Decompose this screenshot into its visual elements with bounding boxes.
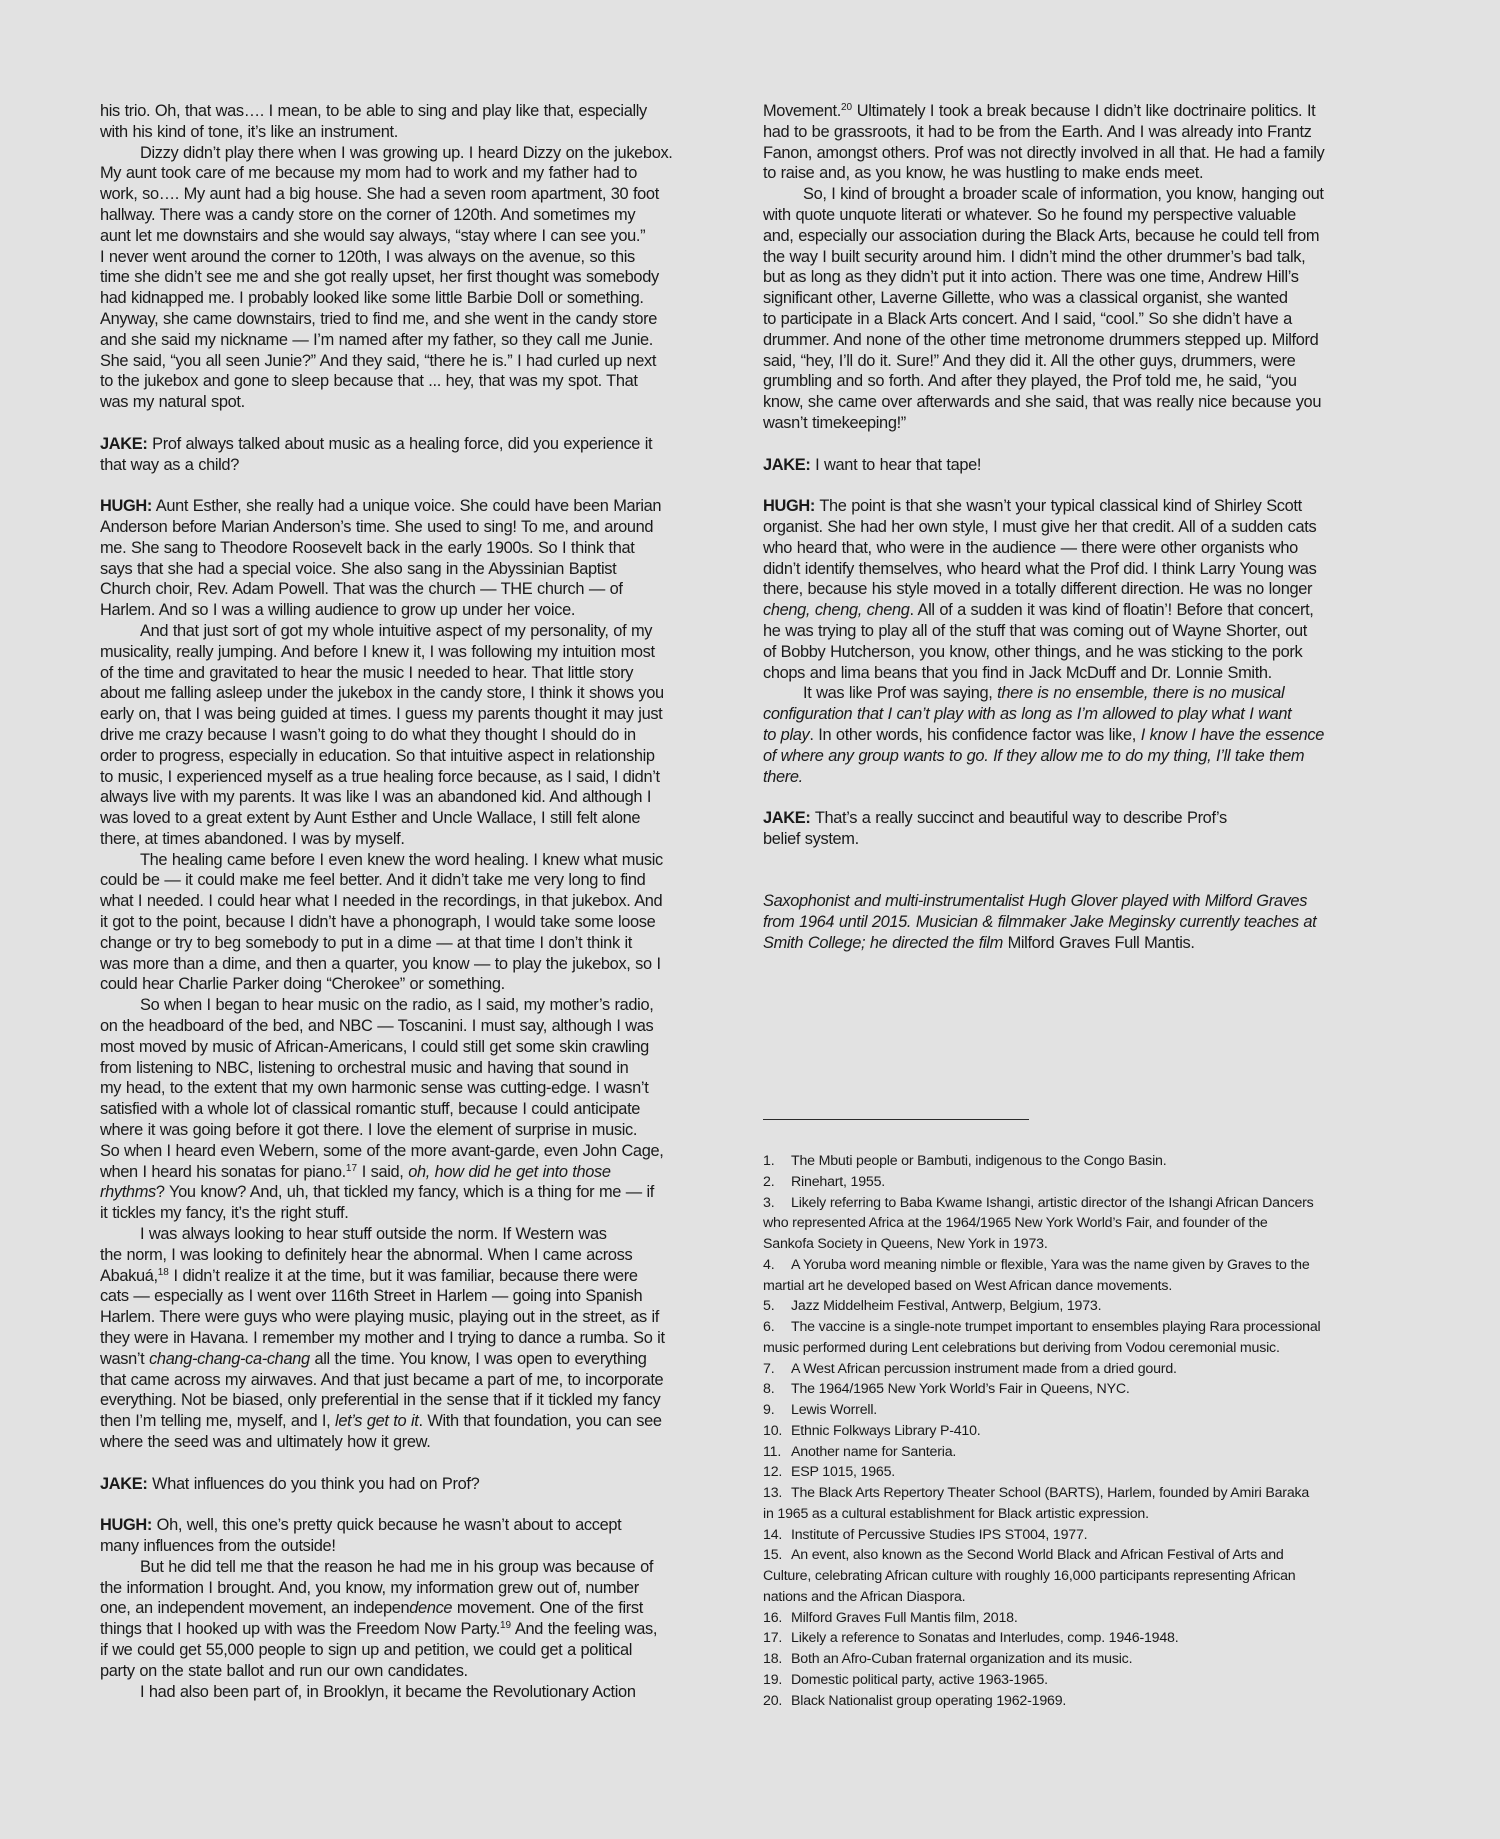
footnote-line: 11.Another name for Santeria.: [763, 1442, 1391, 1463]
text-line: So when I began to hear music on the rad…: [100, 995, 722, 1016]
speaker-label: HUGH:: [763, 497, 815, 515]
text-line: significant other, Laverne Gillette, who…: [763, 288, 1391, 309]
text-line: there, at times abandoned. I was by myse…: [100, 829, 722, 850]
text-line: Anderson before Marian Anderson’s time. …: [100, 517, 722, 538]
text-line: order to progress, especially in educati…: [100, 746, 722, 767]
text-line: work, so…. My aunt had a big house. She …: [100, 184, 722, 205]
text-line: aunt let me downstairs and she would say…: [100, 226, 722, 247]
speech-block: HUGH: Oh, well, this one’s pretty quick …: [100, 1515, 722, 1557]
text-line: to music, I experienced myself as a true…: [100, 767, 722, 788]
footnote-number: 19.: [763, 1670, 791, 1691]
footnote-line: martial art he developed based on West A…: [763, 1276, 1391, 1297]
paragraph-gap: [100, 1494, 722, 1515]
footnote-line: 13.The Black Arts Repertory Theater Scho…: [763, 1483, 1391, 1504]
right-column: Movement.20 Ultimately I took a break be…: [763, 101, 1391, 954]
text-line: Saxophonist and multi-instrumentalist Hu…: [763, 891, 1391, 912]
paragraph-gap: [100, 413, 722, 434]
text-line: from 1964 until 2015. Musician & filmmak…: [763, 912, 1391, 933]
footnote-item: 10.Ethnic Folkways Library P-410.: [763, 1421, 1391, 1442]
footnote-text: A West African percussion instrument mad…: [791, 1361, 1177, 1377]
text-line: musicality, really jumping. And before I…: [100, 642, 722, 663]
footnote-line: 6.The vaccine is a single-note trumpet i…: [763, 1317, 1391, 1338]
footnote-text: Lewis Worrell.: [791, 1402, 877, 1418]
text-line: Smith College; he directed the film Milf…: [763, 933, 1391, 954]
footnote-line: 16.Milford Graves Full Mantis film, 2018…: [763, 1608, 1391, 1629]
footnote-item: 9.Lewis Worrell.: [763, 1400, 1391, 1421]
footnote-text: Domestic political party, active 1963-19…: [791, 1672, 1048, 1688]
text-line: configuration that I can’t play with as …: [763, 704, 1391, 725]
footnote-line: 17.Likely a reference to Sonatas and Int…: [763, 1628, 1391, 1649]
paragraph: And that just sort of got my whole intui…: [100, 621, 722, 850]
footnote-line: 5.Jazz Middelheim Festival, Antwerp, Bel…: [763, 1296, 1391, 1317]
footnote-ref: 17: [346, 1163, 357, 1174]
footnote-line: 15.An event, also known as the Second Wo…: [763, 1545, 1391, 1566]
text-line: wasn’t chang-chang-ca-chang all the time…: [100, 1349, 722, 1370]
footnote-number: 4.: [763, 1255, 791, 1276]
speaker-label: HUGH:: [100, 1516, 152, 1534]
footnote-item: 2.Rinehart, 1955.: [763, 1172, 1391, 1193]
footnote-number: 7.: [763, 1359, 791, 1380]
text-line: could be — it could make me feel better.…: [100, 870, 722, 891]
text-line: that came across my airwaves. And that j…: [100, 1370, 722, 1391]
speech-block: JAKE: What influences do you think you h…: [100, 1474, 722, 1495]
text-line: but as long as they didn’t put it into a…: [763, 267, 1391, 288]
text-line: HUGH: Aunt Esther, she really had a uniq…: [100, 496, 722, 517]
paragraph-gap: [763, 870, 1391, 891]
text-line: JAKE: I want to hear that tape!: [763, 455, 1391, 476]
footnote-ref: 20: [841, 102, 852, 113]
text-line: then I’m telling me, myself, and I, let’…: [100, 1411, 722, 1432]
text-line: of Bobby Hutcherson, you know, other thi…: [763, 642, 1391, 663]
speech-block: JAKE: Prof always talked about music as …: [100, 434, 722, 476]
footnote-number: 10.: [763, 1421, 791, 1442]
footnote-number: 14.: [763, 1525, 791, 1546]
footnote-number: 15.: [763, 1545, 791, 1566]
speech-block: HUGH: Aunt Esther, she really had a uniq…: [100, 496, 722, 621]
text-line: about me falling asleep under the jukebo…: [100, 683, 722, 704]
text-line: I had also been part of, in Brooklyn, it…: [100, 1682, 722, 1703]
footnote-item: 14.Institute of Percussive Studies IPS S…: [763, 1525, 1391, 1546]
text-line: Abakuá,18 I didn’t realize it at the tim…: [100, 1266, 722, 1287]
text-line: with his kind of tone, it’s like an inst…: [100, 122, 722, 143]
paragraph: But he did tell me that the reason he ha…: [100, 1557, 722, 1682]
text-line: hallway. There was a candy store on the …: [100, 205, 722, 226]
footnote-text: Rinehart, 1955.: [791, 1174, 885, 1190]
text-line: know, she came over afterwards and she s…: [763, 392, 1391, 413]
footnote-number: 13.: [763, 1483, 791, 1504]
text-line: And that just sort of got my whole intui…: [100, 621, 722, 642]
footnote-text: The 1964/1965 New York World’s Fair in Q…: [791, 1381, 1130, 1397]
footnote-item: 7.A West African percussion instrument m…: [763, 1359, 1391, 1380]
paragraph: So, I kind of brought a broader scale of…: [763, 184, 1391, 434]
footnote-text: Likely referring to Baba Kwame Ishangi, …: [791, 1195, 1314, 1211]
text-line: Movement.20 Ultimately I took a break be…: [763, 101, 1391, 122]
text-line: always live with my parents. It was like…: [100, 787, 722, 808]
text-line: most moved by music of African-Americans…: [100, 1037, 722, 1058]
text-line: that way as a child?: [100, 455, 722, 476]
footnote-item: 1.The Mbuti people or Bambuti, indigenou…: [763, 1151, 1391, 1172]
footnote-number: 20.: [763, 1691, 791, 1712]
paragraph: I was always looking to hear stuff outsi…: [100, 1224, 722, 1453]
footnote-item: 16.Milford Graves Full Mantis film, 2018…: [763, 1608, 1391, 1629]
footnote-number: 3.: [763, 1193, 791, 1214]
footnote-text: Culture, celebrating African culture wit…: [763, 1568, 1295, 1584]
text-line: drummer. And none of the other time metr…: [763, 330, 1391, 351]
text-line: he was trying to play all of the stuff t…: [763, 621, 1391, 642]
text-line: of the time and gravitated to hear the m…: [100, 663, 722, 684]
paragraph: It was like Prof was saying, there is no…: [763, 683, 1391, 787]
footnote-number: 11.: [763, 1442, 791, 1463]
paragraph-gap: [763, 434, 1391, 455]
paragraph-gap: [100, 475, 722, 496]
footnote-item: 18.Both an Afro-Cuban fraternal organiza…: [763, 1649, 1391, 1670]
paragraph: So when I began to hear music on the rad…: [100, 995, 722, 1224]
footnote-item: 11.Another name for Santeria.: [763, 1442, 1391, 1463]
text-line: many influences from the outside!: [100, 1536, 722, 1557]
speech-block: JAKE: That’s a really succinct and beaut…: [763, 808, 1391, 850]
speaker-label: JAKE:: [763, 456, 810, 474]
text-line: Anyway, she came downstairs, tried to fi…: [100, 309, 722, 330]
footnote-item: 4.A Yoruba word meaning nimble or flexib…: [763, 1255, 1391, 1297]
text-line: with quote unquote literati or whatever.…: [763, 205, 1391, 226]
text-line: change or try to beg somebody to put in …: [100, 933, 722, 954]
left-column: his trio. Oh, that was…. I mean, to be a…: [100, 101, 722, 1702]
footnote-line: 9.Lewis Worrell.: [763, 1400, 1391, 1421]
text-line: chops and lima beans that you find in Ja…: [763, 663, 1391, 684]
text-line: grumbling and so forth. And after they p…: [763, 371, 1391, 392]
footnote-line: 18.Both an Afro-Cuban fraternal organiza…: [763, 1649, 1391, 1670]
text-line: and, especially our association during t…: [763, 226, 1391, 247]
text-line: it tickles my fancy, it’s the right stuf…: [100, 1203, 722, 1224]
text-line: JAKE: Prof always talked about music as …: [100, 434, 722, 455]
text-line: there, because his style moved in a tota…: [763, 579, 1391, 600]
text-line: said, “hey, I’ll do it. Sure!” And they …: [763, 351, 1391, 372]
paragraph-gap: [763, 787, 1391, 808]
text-line: cats — especially as I went over 116th S…: [100, 1286, 722, 1307]
text-line: where the seed was and ultimately how it…: [100, 1432, 722, 1453]
text-line: early on, that I was being guided at tim…: [100, 704, 722, 725]
text-line: of where any group wants to go. If they …: [763, 746, 1391, 767]
text-line: says that she had a special voice. She a…: [100, 559, 722, 580]
text-line: wasn’t timekeeping!”: [763, 413, 1391, 434]
footnote-line: in 1965 as a cultural establishment for …: [763, 1504, 1391, 1525]
footnote-line: 7.A West African percussion instrument m…: [763, 1359, 1391, 1380]
text-line: was my natural spot.: [100, 392, 722, 413]
footnote-line: Sankofa Society in Queens, New York in 1…: [763, 1234, 1391, 1255]
text-line: HUGH: Oh, well, this one’s pretty quick …: [100, 1515, 722, 1536]
text-line: I never went around the corner to 120th,…: [100, 247, 722, 268]
footnote-text: The vaccine is a single-note trumpet imp…: [791, 1319, 1321, 1335]
footnote-item: 17.Likely a reference to Sonatas and Int…: [763, 1628, 1391, 1649]
paragraph: his trio. Oh, that was…. I mean, to be a…: [100, 101, 722, 143]
footnote-number: 18.: [763, 1649, 791, 1670]
text-line: So, I kind of brought a broader scale of…: [763, 184, 1391, 205]
speech-block: HUGH: The point is that she wasn’t your …: [763, 496, 1391, 683]
text-line: and she said my nickname — I’m named aft…: [100, 330, 722, 351]
text-line: everything. Not be biased, only preferen…: [100, 1390, 722, 1411]
text-line: on the headboard of the bed, and NBC — T…: [100, 1016, 722, 1037]
footnote-line: music performed during Lent celebrations…: [763, 1338, 1391, 1359]
footnote-text: An event, also known as the Second World…: [791, 1547, 1284, 1563]
footnote-line: 20.Black Nationalist group operating 196…: [763, 1691, 1391, 1712]
text-line: to participate in a Black Arts concert. …: [763, 309, 1391, 330]
text-line: party on the state ballot and run our ow…: [100, 1661, 722, 1682]
text-line: Dizzy didn’t play there when I was growi…: [100, 143, 722, 164]
footnote-number: 1.: [763, 1151, 791, 1172]
paragraph-gap: [763, 475, 1391, 496]
footnote-number: 6.: [763, 1317, 791, 1338]
paragraph: Dizzy didn’t play there when I was growi…: [100, 143, 722, 413]
footnote-text: Likely a reference to Sonatas and Interl…: [791, 1630, 1178, 1646]
text-line: The healing came before I even knew the …: [100, 850, 722, 871]
text-line: could hear Charlie Parker doing “Cheroke…: [100, 974, 722, 995]
text-line: HUGH: The point is that she wasn’t your …: [763, 496, 1391, 517]
text-line: rhythms? You know? And, uh, that tickled…: [100, 1182, 722, 1203]
footnote-item: 12.ESP 1015, 1965.: [763, 1462, 1391, 1483]
speaker-label: JAKE:: [763, 809, 810, 827]
footnote-text: Milford Graves Full Mantis film, 2018.: [791, 1610, 1018, 1626]
footnote-number: 9.: [763, 1400, 791, 1421]
footnote-line: nations and the African Diaspora.: [763, 1587, 1391, 1608]
footnote-divider: [763, 1119, 1029, 1120]
footnote-text: ESP 1015, 1965.: [791, 1464, 895, 1480]
footnote-ref: 19: [500, 1620, 511, 1631]
footnote-line: 8.The 1964/1965 New York World’s Fair in…: [763, 1379, 1391, 1400]
footnote-number: 2.: [763, 1172, 791, 1193]
footnote-ref: 18: [158, 1267, 169, 1278]
text-line: Church choir, Rev. Adam Powell. That was…: [100, 579, 722, 600]
text-line: who heard that, who were in the audience…: [763, 538, 1391, 559]
text-line: belief system.: [763, 829, 1391, 850]
footnote-line: 1.The Mbuti people or Bambuti, indigenou…: [763, 1151, 1391, 1172]
text-line: My aunt took care of me because my mom h…: [100, 163, 722, 184]
footnote-line: 2.Rinehart, 1955.: [763, 1172, 1391, 1193]
text-line: Harlem. And so I was a willing audience …: [100, 600, 722, 621]
text-line: things that I hooked up with was the Fre…: [100, 1619, 722, 1640]
text-line: organist. She had her own style, I must …: [763, 517, 1391, 538]
footnote-item: 6.The vaccine is a single-note trumpet i…: [763, 1317, 1391, 1359]
footnote-number: 5.: [763, 1296, 791, 1317]
text-line: where it was going before it got there. …: [100, 1120, 722, 1141]
footnote-text: A Yoruba word meaning nimble or flexible…: [791, 1257, 1310, 1273]
text-line: Harlem. There were guys who were playing…: [100, 1307, 722, 1328]
text-line: satisfied with a whole lot of classical …: [100, 1099, 722, 1120]
footnote-text: The Mbuti people or Bambuti, indigenous …: [791, 1153, 1166, 1169]
paragraph: Movement.20 Ultimately I took a break be…: [763, 101, 1391, 184]
text-line: had to be grassroots, it had to be from …: [763, 122, 1391, 143]
text-line: if we could get 55,000 people to sign up…: [100, 1640, 722, 1661]
author-bio: Saxophonist and multi-instrumentalist Hu…: [763, 891, 1391, 953]
footnote-text: Jazz Middelheim Festival, Antwerp, Belgi…: [791, 1298, 1101, 1314]
text-line: from listening to NBC, listening to orch…: [100, 1058, 722, 1079]
text-line: Fanon, amongst others. Prof was not dire…: [763, 143, 1391, 164]
text-line: time she didn’t see me and she got reall…: [100, 267, 722, 288]
text-line: cheng, cheng, cheng. All of a sudden it …: [763, 600, 1391, 621]
footnote-line: 3.Likely referring to Baba Kwame Ishangi…: [763, 1193, 1391, 1214]
footnote-line: 10.Ethnic Folkways Library P-410.: [763, 1421, 1391, 1442]
footnote-line: 19.Domestic political party, active 1963…: [763, 1670, 1391, 1691]
footnote-text: music performed during Lent celebrations…: [763, 1340, 1280, 1356]
footnote-number: 8.: [763, 1379, 791, 1400]
speech-block: JAKE: I want to hear that tape!: [763, 455, 1391, 476]
footnote-text: Institute of Percussive Studies IPS ST00…: [791, 1527, 1087, 1543]
text-line: JAKE: That’s a really succinct and beaut…: [763, 808, 1391, 829]
text-line: It was like Prof was saying, there is no…: [763, 683, 1391, 704]
footnote-text: in 1965 as a cultural establishment for …: [763, 1506, 1149, 1522]
speaker-label: JAKE:: [100, 435, 147, 453]
text-line: me. She sang to Theodore Roosevelt back …: [100, 538, 722, 559]
footnote-item: 13.The Black Arts Repertory Theater Scho…: [763, 1483, 1391, 1525]
footnote-number: 17.: [763, 1628, 791, 1649]
text-line: the information I brought. And, you know…: [100, 1578, 722, 1599]
speaker-label: JAKE:: [100, 1475, 147, 1493]
footnote-item: 20.Black Nationalist group operating 196…: [763, 1691, 1391, 1712]
text-line: She said, “you all seen Junie?” And they…: [100, 351, 722, 372]
footnote-item: 3.Likely referring to Baba Kwame Ishangi…: [763, 1193, 1391, 1255]
text-line: there.: [763, 767, 1391, 788]
footnote-line: 14.Institute of Percussive Studies IPS S…: [763, 1525, 1391, 1546]
text-line: when I heard his sonatas for piano.17 I …: [100, 1162, 722, 1183]
footnote-text: Sankofa Society in Queens, New York in 1…: [763, 1236, 1048, 1252]
text-line: to the jukebox and gone to sleep because…: [100, 371, 722, 392]
text-line: my head, to the extent that my own harmo…: [100, 1078, 722, 1099]
text-line: But he did tell me that the reason he ha…: [100, 1557, 722, 1578]
text-line: JAKE: What influences do you think you h…: [100, 1474, 722, 1495]
text-line: I was always looking to hear stuff outsi…: [100, 1224, 722, 1245]
footnote-line: who represented Africa at the 1964/1965 …: [763, 1213, 1391, 1234]
text-line: the norm, I was looking to definitely he…: [100, 1245, 722, 1266]
text-line: to play. In other words, his confidence …: [763, 725, 1391, 746]
footnote-item: 8.The 1964/1965 New York World’s Fair in…: [763, 1379, 1391, 1400]
text-line: it got to the point, because I didn’t ha…: [100, 912, 722, 933]
paragraph-gap: [100, 1453, 722, 1474]
footnote-number: 12.: [763, 1462, 791, 1483]
text-line: one, an independent movement, an indepen…: [100, 1598, 722, 1619]
text-line: what I needed. I could hear what I neede…: [100, 891, 722, 912]
text-line: they were in Havana. I remember my mothe…: [100, 1328, 722, 1349]
speaker-label: HUGH:: [100, 497, 152, 515]
footnote-text: Both an Afro-Cuban fraternal organizatio…: [791, 1651, 1132, 1667]
text-line: had kidnapped me. I probably looked like…: [100, 288, 722, 309]
footnote-text: nations and the African Diaspora.: [763, 1589, 965, 1605]
footnote-line: Culture, celebrating African culture wit…: [763, 1566, 1391, 1587]
text-line: to raise and, as you know, he was hustli…: [763, 163, 1391, 184]
footnote-line: 12.ESP 1015, 1965.: [763, 1462, 1391, 1483]
footnote-text: martial art he developed based on West A…: [763, 1278, 1172, 1294]
footnote-text: Another name for Santeria.: [791, 1444, 956, 1460]
footnote-text: Ethnic Folkways Library P-410.: [791, 1423, 981, 1439]
footnote-text: Black Nationalist group operating 1962-1…: [791, 1693, 1066, 1709]
text-line: didn’t identify themselves, who heard wh…: [763, 559, 1391, 580]
footnote-item: 15.An event, also known as the Second Wo…: [763, 1545, 1391, 1607]
footnotes-list: 1.The Mbuti people or Bambuti, indigenou…: [763, 1151, 1391, 1711]
text-line: was more than a dime, and then a quarter…: [100, 954, 722, 975]
paragraph: The healing came before I even knew the …: [100, 850, 722, 996]
footnote-text: The Black Arts Repertory Theater School …: [791, 1485, 1309, 1501]
text-line: drive me crazy because I wasn’t going to…: [100, 725, 722, 746]
footnote-line: 4.A Yoruba word meaning nimble or flexib…: [763, 1255, 1391, 1276]
paragraph-gap: [763, 850, 1391, 871]
text-line: So when I heard even Webern, some of the…: [100, 1141, 722, 1162]
text-line: the way I built security around him. I d…: [763, 247, 1391, 268]
footnote-item: 5.Jazz Middelheim Festival, Antwerp, Bel…: [763, 1296, 1391, 1317]
footnote-item: 19.Domestic political party, active 1963…: [763, 1670, 1391, 1691]
text-line: was loved to a great extent by Aunt Esth…: [100, 808, 722, 829]
paragraph: I had also been part of, in Brooklyn, it…: [100, 1682, 722, 1703]
footnote-number: 16.: [763, 1608, 791, 1629]
footnote-text: who represented Africa at the 1964/1965 …: [763, 1215, 1268, 1231]
text-line: his trio. Oh, that was…. I mean, to be a…: [100, 101, 722, 122]
